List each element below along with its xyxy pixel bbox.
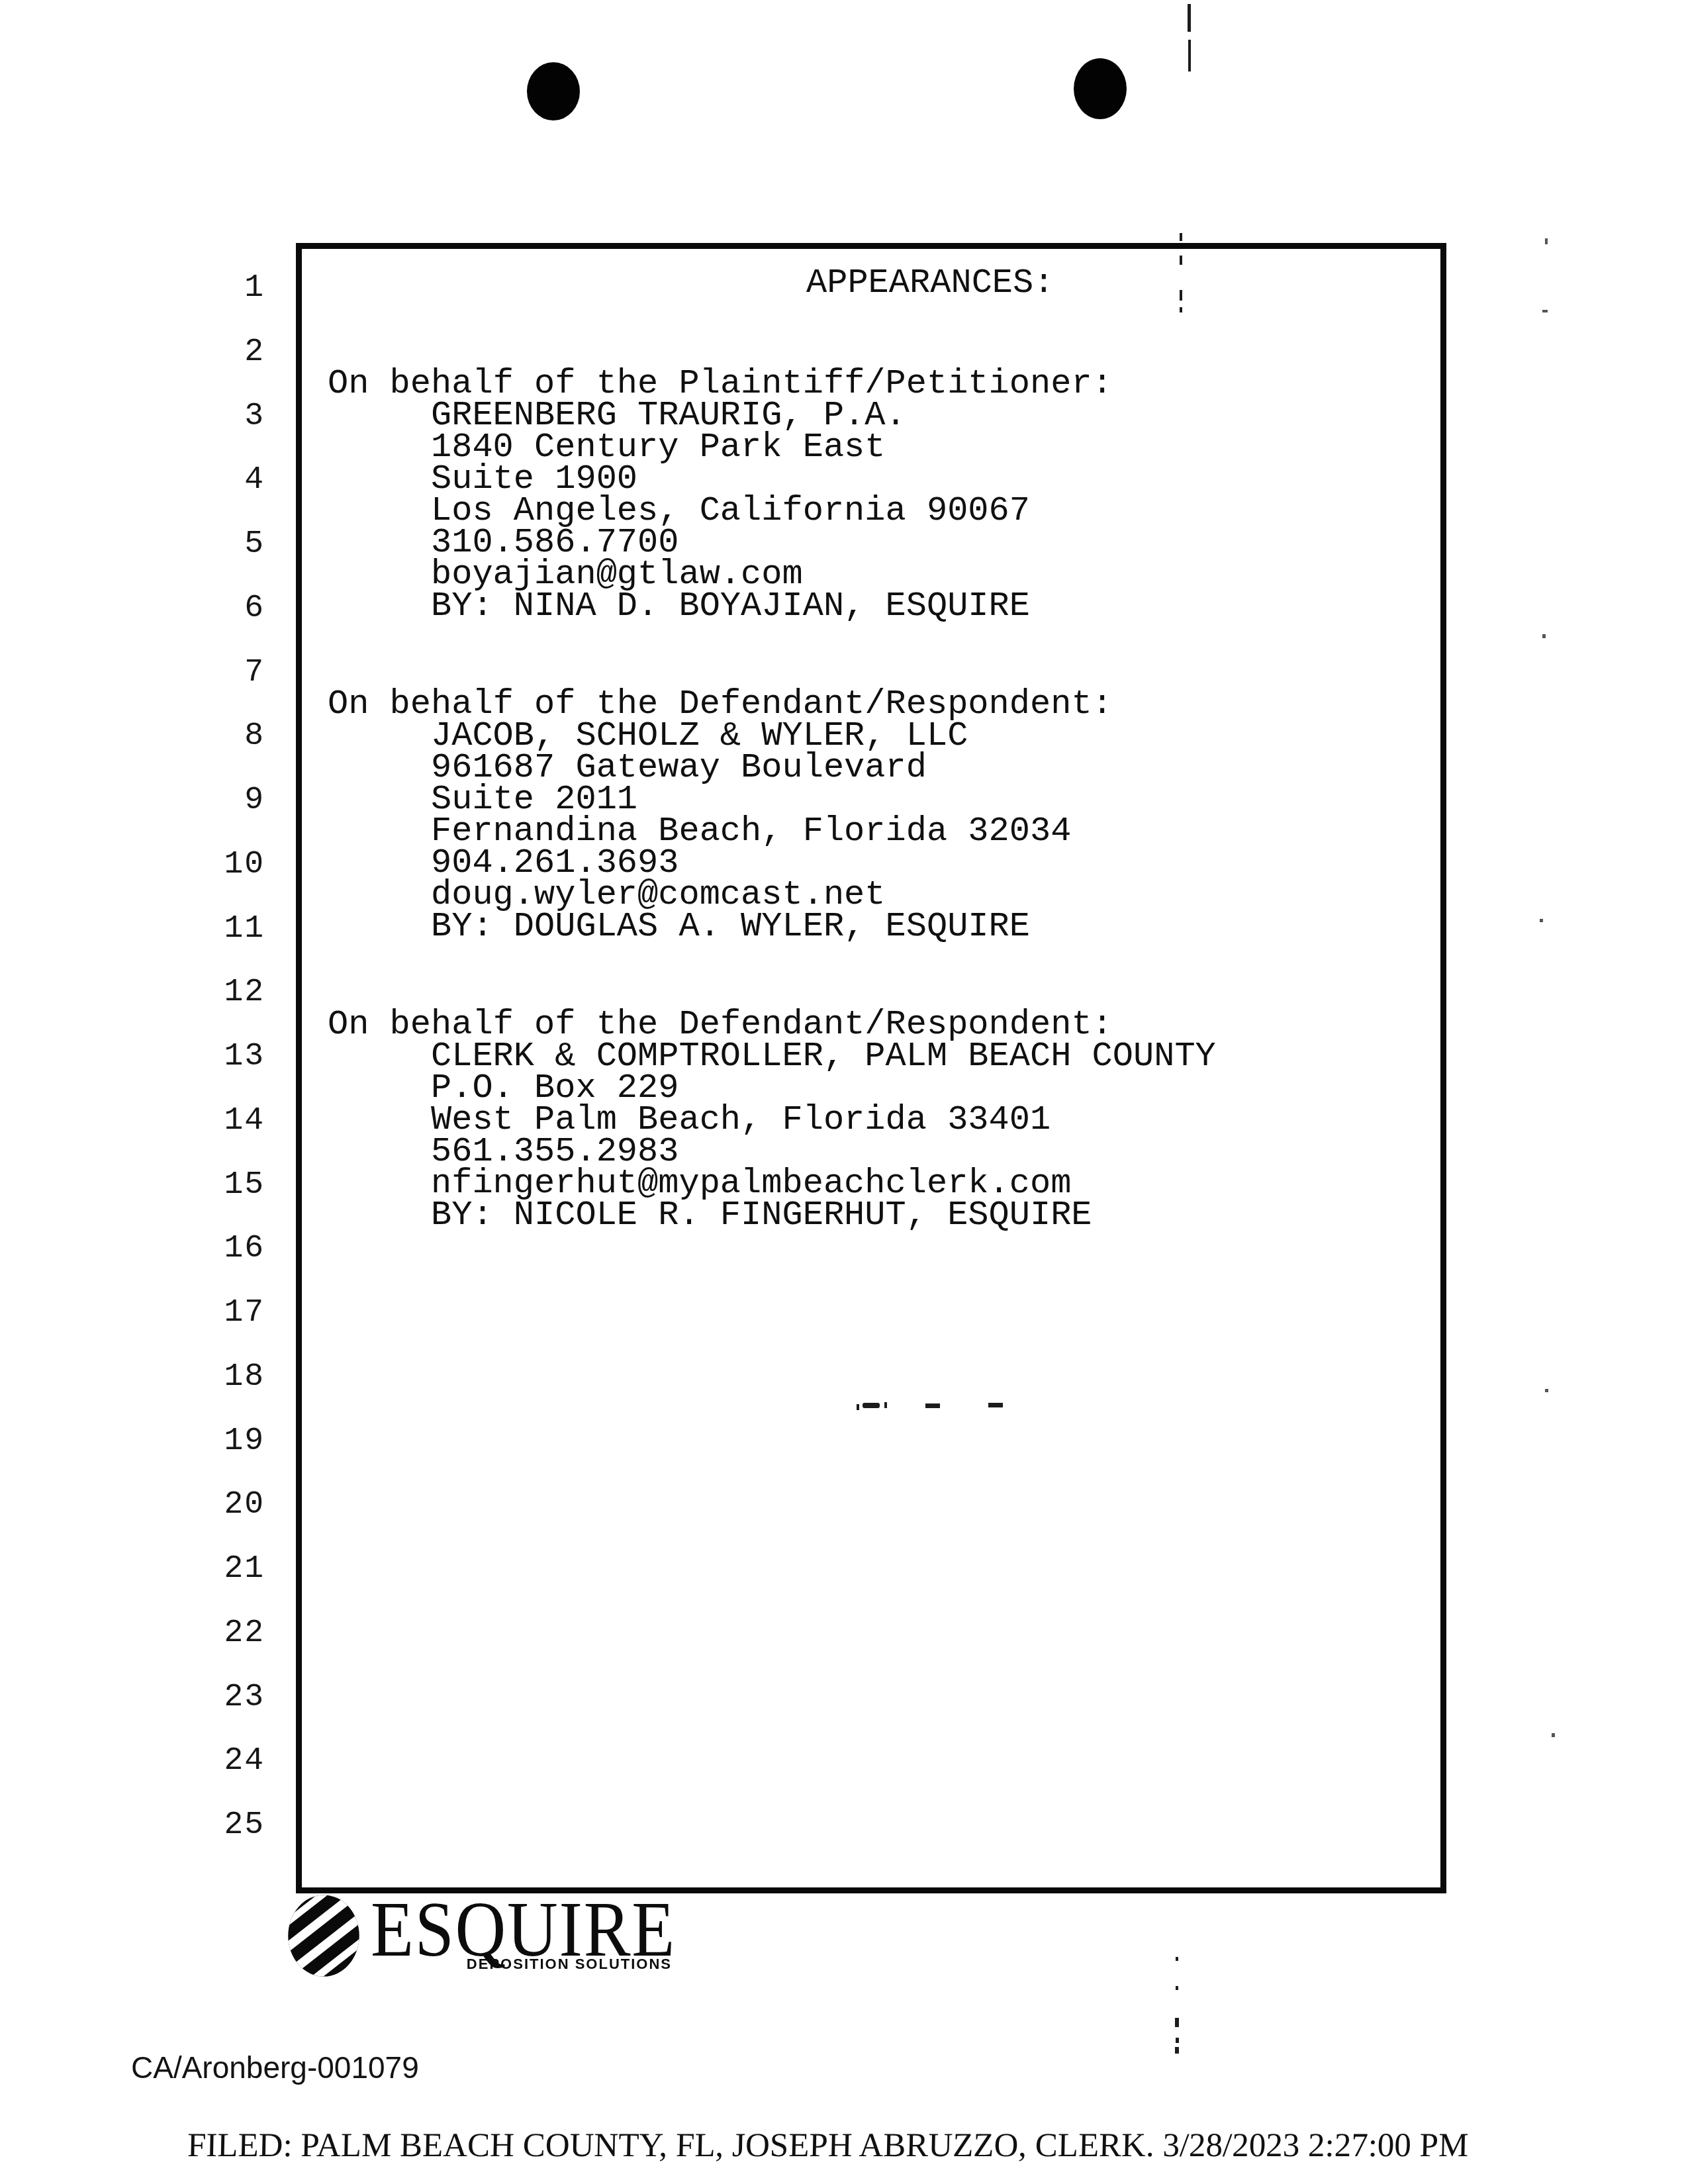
striped-globe-icon xyxy=(287,1893,361,1981)
line-number-14: 14 xyxy=(199,1105,265,1137)
line-number-2: 2 xyxy=(199,336,265,368)
separator-dash xyxy=(925,1403,940,1408)
line-number-17: 17 xyxy=(199,1297,265,1329)
bates-number-label: CA/Aronberg-001079 xyxy=(131,2050,419,2085)
line-number-7: 7 xyxy=(199,657,265,688)
line-number-13: 13 xyxy=(199,1041,265,1072)
line-number-12: 12 xyxy=(199,976,265,1008)
line-number-16: 16 xyxy=(199,1233,265,1264)
line-number-22: 22 xyxy=(199,1617,265,1649)
line-number-23: 23 xyxy=(199,1682,265,1713)
line-number-4: 4 xyxy=(199,464,265,496)
scan-artifact xyxy=(1188,40,1191,71)
line-number-10: 10 xyxy=(199,849,265,880)
scan-artifact xyxy=(1542,634,1546,638)
filed-stamp: FILED: PALM BEACH COUNTY, FL, JOSEPH ABR… xyxy=(187,2126,1469,2165)
line-number-25: 25 xyxy=(199,1809,265,1841)
line-number-1: 1 xyxy=(199,272,265,304)
line-number-15: 15 xyxy=(199,1169,265,1201)
line-number-9: 9 xyxy=(199,784,265,816)
line-number-18: 18 xyxy=(199,1361,265,1393)
hole-punch-right xyxy=(1074,58,1127,119)
appearance-line: BY: NICOLE R. FINGERHUT, ESQUIRE xyxy=(431,1198,1092,1233)
line-number-6: 6 xyxy=(199,593,265,624)
line-number-24: 24 xyxy=(199,1745,265,1777)
line-number-21: 21 xyxy=(199,1553,265,1585)
appearance-line: BY: NINA D. BOYAJIAN, ESQUIRE xyxy=(431,589,1030,624)
scan-artifact xyxy=(1542,310,1548,312)
scan-artifact xyxy=(1545,238,1548,244)
scan-artifact xyxy=(1175,2018,1179,2027)
appearance-line: BY: DOUGLAS A. WYLER, ESQUIRE xyxy=(431,910,1030,944)
line-number-20: 20 xyxy=(199,1489,265,1521)
scan-artifact xyxy=(1176,1957,1178,1961)
separator-dash xyxy=(988,1403,1003,1407)
line-number-11: 11 xyxy=(199,913,265,945)
scan-artifact xyxy=(1540,919,1543,922)
line-number-3: 3 xyxy=(199,401,265,432)
hole-punch-left xyxy=(527,62,580,120)
separator-tick xyxy=(884,1402,887,1408)
scan-artifact xyxy=(1545,1389,1548,1392)
separator-dot xyxy=(857,1404,859,1410)
scan-artifact xyxy=(1176,2038,1179,2043)
scanned-transcript-page: 1234567891011121314151617181920212223242… xyxy=(0,0,1684,2184)
esquire-tagline: DEPOSITION SOLUTIONS xyxy=(374,1956,672,1973)
scan-artifact xyxy=(1176,1986,1178,1990)
scan-artifact xyxy=(1552,1733,1555,1737)
scan-artifact xyxy=(1188,4,1191,32)
separator-dash xyxy=(863,1403,880,1408)
line-number-8: 8 xyxy=(199,720,265,752)
scan-artifact xyxy=(1180,233,1182,241)
page-title: APPEARANCES: xyxy=(806,266,1054,301)
scan-artifact xyxy=(1175,2047,1179,2054)
line-number-5: 5 xyxy=(199,528,265,560)
line-number-19: 19 xyxy=(199,1425,265,1457)
